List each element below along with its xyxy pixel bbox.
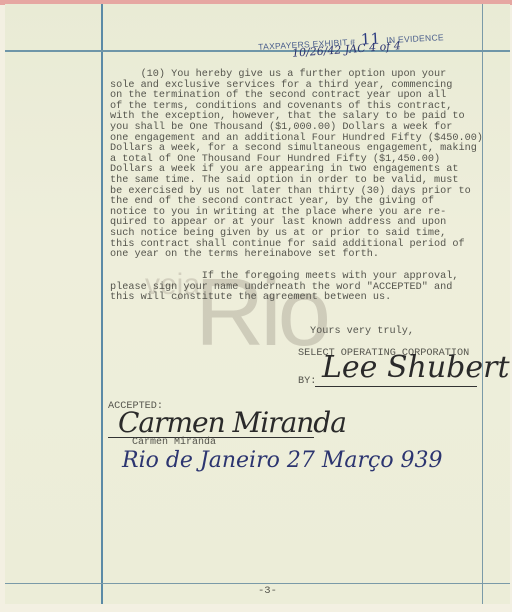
accepted-signature: Carmen Miranda [118, 406, 346, 439]
margin-line-left [101, 4, 103, 604]
page-number: -3- [258, 585, 277, 597]
signature-line-company [315, 386, 477, 387]
salutation: Yours very truly, [310, 326, 414, 337]
typed-signer-name: Carmen Miranda [132, 437, 216, 448]
footer-rule [5, 583, 510, 584]
contract-paragraph-10: (10) You hereby give us a further option… [110, 70, 500, 261]
closing-paragraph: If the foregoing meets with your approva… [110, 272, 458, 304]
company-signature: Lee Shubert [322, 350, 510, 385]
by-label: BY: [298, 376, 316, 387]
handwritten-place-date: Rio de Janeiro 27 Março 939 [122, 448, 443, 473]
